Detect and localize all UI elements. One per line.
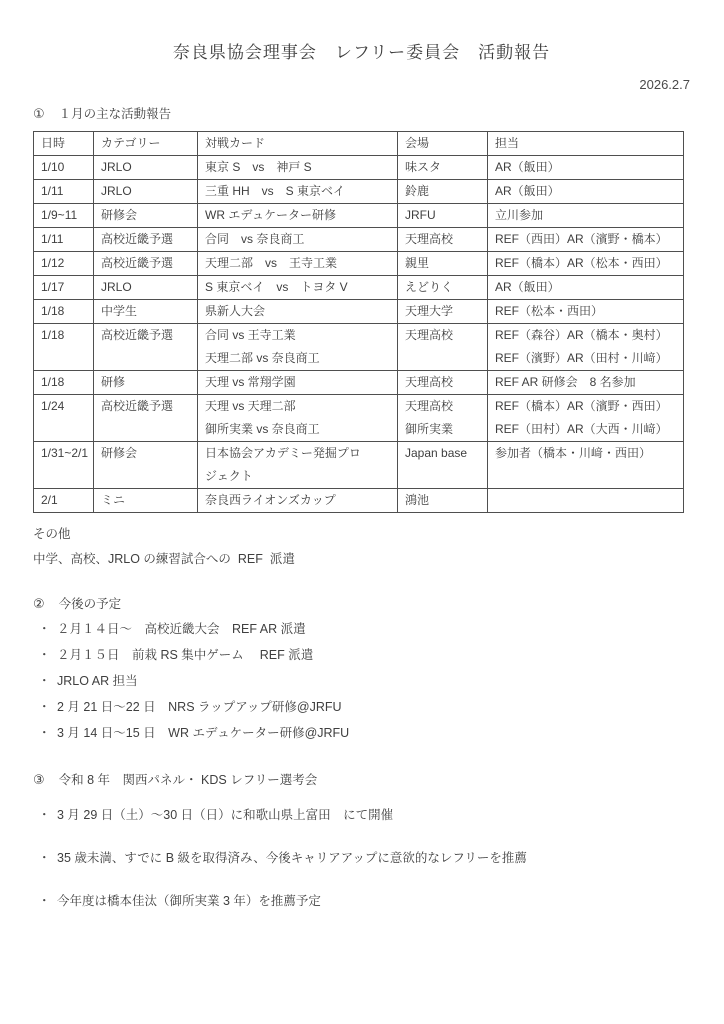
cell-line: JRLO bbox=[101, 180, 193, 203]
cell-match: WR エデュケーター研修 bbox=[198, 204, 398, 228]
table-row: 1/18中学生県新人大会天理大学REF（松本・西田） bbox=[34, 300, 684, 324]
cell-date: 1/17 bbox=[34, 276, 94, 300]
cell-line: 合同 vs 奈良商工 bbox=[205, 228, 393, 251]
cell-venue: Japan base bbox=[398, 442, 488, 489]
cell-line: 天理高校 bbox=[405, 371, 483, 394]
cell-venue: 天理高校 bbox=[398, 228, 488, 252]
cell-line: REF（濱野）AR（田村・川﨑） bbox=[495, 347, 679, 370]
cell-category: JRLO bbox=[94, 276, 198, 300]
list-item: ・今年度は橋本佳汰（御所実業 3 年）を推薦予定 bbox=[33, 889, 690, 914]
list-item-text: 2 月 21 日～22 日 NRS ラップアップ研修@JRFU bbox=[57, 694, 342, 720]
cell-staff: REF AR 研修会 8 名参加 bbox=[488, 371, 684, 395]
cell-match: 合同 vs 王寺工業天理二部 vs 奈良商工 bbox=[198, 324, 398, 371]
cell-venue: 親里 bbox=[398, 252, 488, 276]
cell-line: AR（飯田） bbox=[495, 276, 679, 299]
cell-date: 1/9~11 bbox=[34, 204, 94, 228]
cell-line: 1/11 bbox=[41, 228, 89, 251]
list-item-text: ２月１５日 前栽 RS 集中ゲーム REF 派遣 bbox=[57, 642, 313, 668]
bullet-icon: ・ bbox=[38, 616, 57, 642]
section1-number: ① bbox=[33, 106, 45, 122]
cell-venue: JRFU bbox=[398, 204, 488, 228]
table-row: 1/9~11研修会WR エデュケーター研修JRFU立川参加 bbox=[34, 204, 684, 228]
cell-line: JRLO bbox=[101, 276, 193, 299]
table-row: 1/12高校近畿予選天理二部 vs 王寺工業親里REF（橋本）AR（松本・西田） bbox=[34, 252, 684, 276]
cell-line: REF AR 研修会 8 名参加 bbox=[495, 371, 679, 394]
cell-venue: 天理高校 bbox=[398, 371, 488, 395]
cell-line: REF（田村）AR（大西・川﨑） bbox=[495, 418, 679, 441]
bullet-icon: ・ bbox=[38, 720, 57, 746]
cell-line: 鈴鹿 bbox=[405, 180, 483, 203]
section1-heading: ① １月の主な活動報告 bbox=[33, 104, 690, 122]
cell-date: 2/1 bbox=[34, 489, 94, 513]
cell-line: 鴻池 bbox=[405, 489, 483, 512]
section3: ③ 令和 8 年 関西パネル・ KDS レフリー選考会 ・3 月 29 日（土）… bbox=[33, 770, 690, 914]
cell-staff bbox=[488, 489, 684, 513]
cell-line: 高校近畿予選 bbox=[101, 228, 193, 251]
cell-category: 高校近畿予選 bbox=[94, 252, 198, 276]
cell-line: 合同 vs 王寺工業 bbox=[205, 324, 393, 347]
document-page: 奈良県協会理事会 レフリー委員会 活動報告 2026.2.7 ① １月の主な活動… bbox=[0, 0, 724, 1024]
cell-line: 味スタ bbox=[405, 156, 483, 179]
cell-match: S 東京ベイ vs トヨタ V bbox=[198, 276, 398, 300]
cell-line: 高校近畿予選 bbox=[101, 324, 193, 347]
cell-staff: REF（森谷）AR（橋本・奥村）REF（濱野）AR（田村・川﨑） bbox=[488, 324, 684, 371]
cell-line: 立川参加 bbox=[495, 204, 679, 227]
cell-line: 1/11 bbox=[41, 180, 89, 203]
cell-line: 奈良西ライオンズカップ bbox=[205, 489, 393, 512]
cell-line: 中学生 bbox=[101, 300, 193, 323]
list-item: ・2 月 21 日～22 日 NRS ラップアップ研修@JRFU bbox=[33, 694, 690, 720]
cell-staff: AR（飯田） bbox=[488, 276, 684, 300]
cell-match: 合同 vs 奈良商工 bbox=[198, 228, 398, 252]
list-item: ・２月１４日～ 高校近畿大会 REF AR 派遣 bbox=[33, 616, 690, 642]
cell-line: 1/31~2/1 bbox=[41, 442, 89, 465]
cell-staff: REF（松本・西田） bbox=[488, 300, 684, 324]
cell-line bbox=[495, 489, 679, 512]
bullet-icon: ・ bbox=[38, 694, 57, 720]
cell-line: 1/18 bbox=[41, 324, 89, 347]
cell-line: REF（森谷）AR（橋本・奥村） bbox=[495, 324, 679, 347]
other-notes: その他 中学、高校、JRLO の練習試合への REF 派遣 bbox=[33, 522, 690, 572]
cell-staff: AR（飯田） bbox=[488, 180, 684, 204]
upcoming-schedule-list: ・２月１４日～ 高校近畿大会 REF AR 派遣・２月１５日 前栽 RS 集中ゲ… bbox=[33, 616, 690, 746]
list-item-text: ２月１４日～ 高校近畿大会 REF AR 派遣 bbox=[57, 616, 306, 642]
table-row: 1/17JRLOS 東京ベイ vs トヨタ VえどりくAR（飯田） bbox=[34, 276, 684, 300]
cell-staff: REF（西田）AR（濱野・橋本） bbox=[488, 228, 684, 252]
cell-line: 1/18 bbox=[41, 300, 89, 323]
cell-line: 天理二部 vs 奈良商工 bbox=[205, 347, 393, 370]
cell-line: 1/24 bbox=[41, 395, 89, 418]
section3-number: ③ bbox=[33, 772, 45, 788]
cell-line: REF（松本・西田） bbox=[495, 300, 679, 323]
list-item: ・3 月 14 日～15 日 WR エデュケーター研修@JRFU bbox=[33, 720, 690, 746]
cell-line: 天理高校 bbox=[405, 395, 483, 418]
list-item-text: 今年度は橋本佳汰（御所実業 3 年）を推薦予定 bbox=[57, 889, 321, 914]
cell-line: S 東京ベイ vs トヨタ V bbox=[205, 276, 393, 299]
bullet-icon: ・ bbox=[38, 803, 57, 828]
cell-match: 天理 vs 天理二部御所実業 vs 奈良商工 bbox=[198, 395, 398, 442]
cell-line: 研修 bbox=[101, 371, 193, 394]
cell-line: REF（西田）AR（濱野・橋本） bbox=[495, 228, 679, 251]
list-item: ・JRLO AR 担当 bbox=[33, 668, 690, 694]
cell-match: 日本協会アカデミー発掘プロジェクト bbox=[198, 442, 398, 489]
cell-line: 研修会 bbox=[101, 442, 193, 465]
table-row: 1/24高校近畿予選天理 vs 天理二部御所実業 vs 奈良商工天理高校御所実業… bbox=[34, 395, 684, 442]
cell-venue: 鴻池 bbox=[398, 489, 488, 513]
cell-date: 1/10 bbox=[34, 156, 94, 180]
cell-venue: えどりく bbox=[398, 276, 488, 300]
cell-line: 天理大学 bbox=[405, 300, 483, 323]
cell-category: JRLO bbox=[94, 156, 198, 180]
activity-table: 日時 カテゴリー 対戦カード 会場 担当 1/10JRLO東京 S vs 神戸 … bbox=[33, 131, 684, 513]
table-row: 2/1ミニ奈良西ライオンズカップ鴻池 bbox=[34, 489, 684, 513]
cell-line: 研修会 bbox=[101, 204, 193, 227]
cell-date: 1/18 bbox=[34, 300, 94, 324]
bullet-icon: ・ bbox=[38, 668, 57, 694]
cell-category: ミニ bbox=[94, 489, 198, 513]
bullet-icon: ・ bbox=[38, 889, 57, 914]
cell-line: 2/1 bbox=[41, 489, 89, 512]
section2-heading-label: 今後の予定 bbox=[59, 594, 122, 612]
cell-line: 御所実業 bbox=[405, 418, 483, 441]
cell-line: REF（橋本）AR（濱野・西田） bbox=[495, 395, 679, 418]
list-item: ・２月１５日 前栽 RS 集中ゲーム REF 派遣 bbox=[33, 642, 690, 668]
list-item: ・3 月 29 日（土）～30 日（日）に和歌山県上富田 にて開催 bbox=[33, 803, 690, 828]
table-row: 1/31~2/1研修会日本協会アカデミー発掘プロジェクトJapan base参加… bbox=[34, 442, 684, 489]
activity-table-body: 1/10JRLO東京 S vs 神戸 S味スタAR（飯田）1/11JRLO三重 … bbox=[34, 156, 684, 513]
cell-match: 県新人大会 bbox=[198, 300, 398, 324]
table-row: 1/18高校近畿予選合同 vs 王寺工業天理二部 vs 奈良商工天理高校REF（… bbox=[34, 324, 684, 371]
cell-venue: 鈴鹿 bbox=[398, 180, 488, 204]
cell-category: 研修会 bbox=[94, 442, 198, 489]
table-row: 1/10JRLO東京 S vs 神戸 S味スタAR（飯田） bbox=[34, 156, 684, 180]
cell-match: 天理二部 vs 王寺工業 bbox=[198, 252, 398, 276]
referee-selection-list: ・3 月 29 日（土）～30 日（日）に和歌山県上富田 にて開催・35 歳未満… bbox=[33, 803, 690, 914]
cell-line: 高校近畿予選 bbox=[101, 252, 193, 275]
cell-match: 奈良西ライオンズカップ bbox=[198, 489, 398, 513]
cell-date: 1/18 bbox=[34, 371, 94, 395]
cell-line: JRFU bbox=[405, 204, 483, 227]
cell-date: 1/11 bbox=[34, 180, 94, 204]
cell-line: ミニ bbox=[101, 489, 193, 512]
section2: ② 今後の予定 ・２月１４日～ 高校近畿大会 REF AR 派遣・２月１５日 前… bbox=[33, 594, 690, 746]
cell-line: AR（飯田） bbox=[495, 180, 679, 203]
cell-date: 1/31~2/1 bbox=[34, 442, 94, 489]
cell-category: 中学生 bbox=[94, 300, 198, 324]
cell-line: REF（橋本）AR（松本・西田） bbox=[495, 252, 679, 275]
cell-line: 高校近畿予選 bbox=[101, 395, 193, 418]
cell-venue: 味スタ bbox=[398, 156, 488, 180]
cell-line: 天理 vs 天理二部 bbox=[205, 395, 393, 418]
cell-line: 御所実業 vs 奈良商工 bbox=[205, 418, 393, 441]
cell-date: 1/11 bbox=[34, 228, 94, 252]
col-header-staff: 担当 bbox=[488, 132, 684, 156]
col-header-date: 日時 bbox=[34, 132, 94, 156]
cell-staff: REF（橋本）AR（松本・西田） bbox=[488, 252, 684, 276]
table-header-row: 日時 カテゴリー 対戦カード 会場 担当 bbox=[34, 132, 684, 156]
section3-heading-label: 令和 8 年 関西パネル・ KDS レフリー選考会 bbox=[59, 770, 318, 788]
cell-category: 研修会 bbox=[94, 204, 198, 228]
list-item-text: 3 月 29 日（土）～30 日（日）に和歌山県上富田 にて開催 bbox=[57, 803, 393, 828]
cell-line: AR（飯田） bbox=[495, 156, 679, 179]
list-item-text: 35 歳未満、すでに B 級を取得済み、今後キャリアアップに意欲的なレフリーを推… bbox=[57, 846, 527, 871]
cell-venue: 天理高校御所実業 bbox=[398, 395, 488, 442]
cell-line: 参加者（橋本・川﨑・西田） bbox=[495, 442, 679, 465]
cell-category: 高校近畿予選 bbox=[94, 324, 198, 371]
cell-venue: 天理高校 bbox=[398, 324, 488, 371]
cell-line: 1/17 bbox=[41, 276, 89, 299]
cell-category: JRLO bbox=[94, 180, 198, 204]
list-item-text: JRLO AR 担当 bbox=[57, 668, 138, 694]
cell-match: 天理 vs 常翔学園 bbox=[198, 371, 398, 395]
cell-category: 高校近畿予選 bbox=[94, 395, 198, 442]
cell-category: 研修 bbox=[94, 371, 198, 395]
cell-line: 天理高校 bbox=[405, 228, 483, 251]
cell-line: 天理高校 bbox=[405, 324, 483, 347]
cell-line: WR エデュケーター研修 bbox=[205, 204, 393, 227]
cell-date: 1/18 bbox=[34, 324, 94, 371]
section1-heading-label: １月の主な活動報告 bbox=[59, 104, 172, 122]
cell-line: 東京 S vs 神戸 S bbox=[205, 156, 393, 179]
col-header-category: カテゴリー bbox=[94, 132, 198, 156]
cell-line: Japan base bbox=[405, 442, 483, 465]
table-row: 1/11高校近畿予選合同 vs 奈良商工天理高校REF（西田）AR（濱野・橋本） bbox=[34, 228, 684, 252]
cell-line: 親里 bbox=[405, 252, 483, 275]
note-line: 中学、高校、JRLO の練習試合への REF 派遣 bbox=[33, 547, 690, 572]
cell-line: 1/12 bbox=[41, 252, 89, 275]
cell-match: 三重 HH vs S 東京ベイ bbox=[198, 180, 398, 204]
cell-line: 1/10 bbox=[41, 156, 89, 179]
cell-line: 三重 HH vs S 東京ベイ bbox=[205, 180, 393, 203]
cell-line: 1/9~11 bbox=[41, 204, 89, 227]
cell-staff: REF（橋本）AR（濱野・西田）REF（田村）AR（大西・川﨑） bbox=[488, 395, 684, 442]
cell-staff: AR（飯田） bbox=[488, 156, 684, 180]
cell-date: 1/12 bbox=[34, 252, 94, 276]
cell-staff: 立川参加 bbox=[488, 204, 684, 228]
note-line: その他 bbox=[33, 522, 690, 547]
cell-line: ジェクト bbox=[205, 465, 393, 488]
col-header-match: 対戦カード bbox=[198, 132, 398, 156]
col-header-venue: 会場 bbox=[398, 132, 488, 156]
table-row: 1/11JRLO三重 HH vs S 東京ベイ鈴鹿AR（飯田） bbox=[34, 180, 684, 204]
cell-line: JRLO bbox=[101, 156, 193, 179]
bullet-icon: ・ bbox=[38, 846, 57, 871]
report-date: 2026.2.7 bbox=[33, 77, 690, 92]
list-item: ・35 歳未満、すでに B 級を取得済み、今後キャリアアップに意欲的なレフリーを… bbox=[33, 846, 690, 871]
section2-number: ② bbox=[33, 596, 45, 612]
table-row: 1/18研修天理 vs 常翔学園天理高校REF AR 研修会 8 名参加 bbox=[34, 371, 684, 395]
cell-line: 1/18 bbox=[41, 371, 89, 394]
list-item-text: 3 月 14 日～15 日 WR エデュケーター研修@JRFU bbox=[57, 720, 349, 746]
cell-line: えどりく bbox=[405, 276, 483, 299]
cell-date: 1/24 bbox=[34, 395, 94, 442]
cell-line: 県新人大会 bbox=[205, 300, 393, 323]
bullet-icon: ・ bbox=[38, 642, 57, 668]
cell-match: 東京 S vs 神戸 S bbox=[198, 156, 398, 180]
cell-line: 天理 vs 常翔学園 bbox=[205, 371, 393, 394]
cell-venue: 天理大学 bbox=[398, 300, 488, 324]
cell-line: 日本協会アカデミー発掘プロ bbox=[205, 442, 393, 465]
cell-category: 高校近畿予選 bbox=[94, 228, 198, 252]
page-title: 奈良県協会理事会 レフリー委員会 活動報告 bbox=[33, 38, 690, 63]
cell-staff: 参加者（橋本・川﨑・西田） bbox=[488, 442, 684, 489]
cell-line: 天理二部 vs 王寺工業 bbox=[205, 252, 393, 275]
section3-heading: ③ 令和 8 年 関西パネル・ KDS レフリー選考会 bbox=[33, 770, 690, 788]
section2-heading: ② 今後の予定 bbox=[33, 594, 690, 612]
